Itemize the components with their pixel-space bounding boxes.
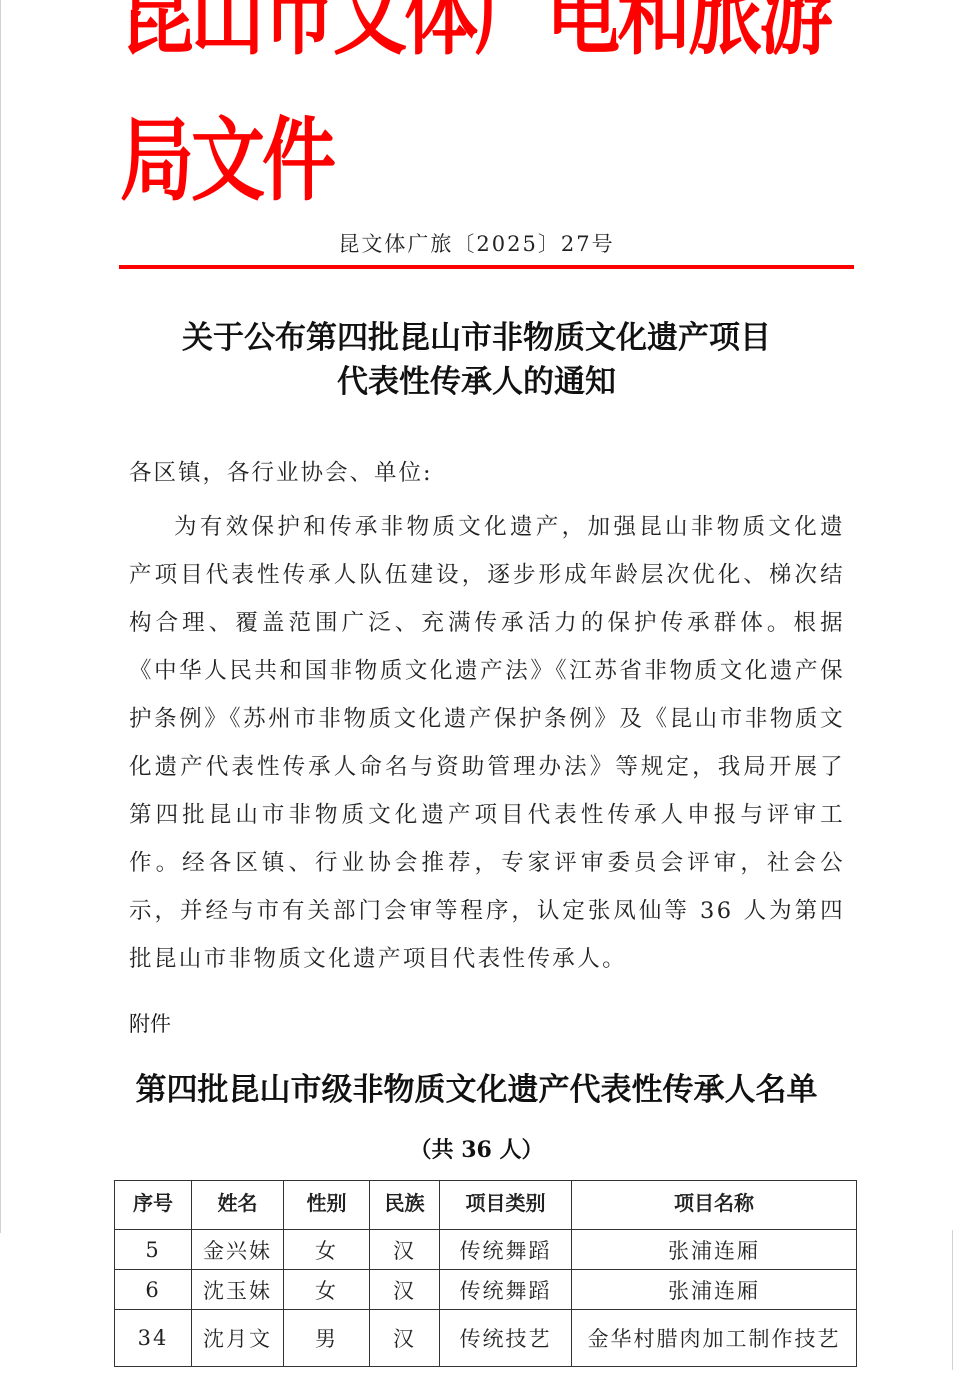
cell-gender: 男 bbox=[284, 1310, 370, 1367]
column-header-project: 项目名称 bbox=[572, 1181, 857, 1230]
cell-ethnicity: 汉 bbox=[370, 1230, 440, 1270]
cell-project: 张浦连厢 bbox=[572, 1230, 857, 1270]
body-paragraph: 为有效保护和传承非物质文化遗产，加强昆山非物质文化遗产项目代表性传承人队伍建设，… bbox=[129, 503, 845, 983]
attachment-title: 第四批昆山市级非物质文化遗产代表性传承人名单 bbox=[0, 1064, 953, 1109]
page-edge bbox=[0, 0, 1, 1233]
masthead-title: 昆山市文体广电和旅游局文件 bbox=[120, 15, 860, 161]
cell-name: 金兴妹 bbox=[192, 1230, 284, 1270]
cell-gender: 女 bbox=[284, 1230, 370, 1270]
inheritor-table: 序号 姓名 性别 民族 项目类别 项目名称 5 金兴妹 女 汉 传统舞蹈 张浦连… bbox=[114, 1180, 857, 1367]
cell-category: 传统技艺 bbox=[440, 1310, 572, 1367]
cell-index: 5 bbox=[115, 1230, 192, 1270]
cell-index: 34 bbox=[115, 1310, 192, 1367]
cell-ethnicity: 汉 bbox=[370, 1310, 440, 1367]
table-row: 5 金兴妹 女 汉 传统舞蹈 张浦连厢 bbox=[115, 1230, 857, 1270]
table-row: 6 沈玉妹 女 汉 传统舞蹈 张浦连厢 bbox=[115, 1270, 857, 1310]
table-header-row: 序号 姓名 性别 民族 项目类别 项目名称 bbox=[115, 1181, 857, 1230]
attachment-label: 附件 bbox=[129, 1008, 171, 1038]
cell-name: 沈月文 bbox=[192, 1310, 284, 1367]
salutation: 各区镇，各行业协会、单位: bbox=[129, 455, 433, 487]
cell-category: 传统舞蹈 bbox=[440, 1230, 572, 1270]
notice-title-line-2: 代表性传承人的通知 bbox=[0, 356, 953, 401]
table-row: 34 沈月文 男 汉 传统技艺 金华村腊肉加工制作技艺 bbox=[115, 1310, 857, 1367]
red-divider bbox=[119, 265, 854, 269]
cell-index: 6 bbox=[115, 1270, 192, 1310]
column-header-index: 序号 bbox=[115, 1181, 192, 1230]
column-header-name: 姓名 bbox=[192, 1181, 284, 1230]
cell-ethnicity: 汉 bbox=[370, 1270, 440, 1310]
column-header-gender: 性别 bbox=[284, 1181, 370, 1230]
attachment-count: （共 36 人） bbox=[0, 1133, 953, 1164]
notice-title-line-1: 关于公布第四批昆山市非物质文化遗产项目 bbox=[0, 312, 953, 357]
column-header-category: 项目类别 bbox=[440, 1181, 572, 1230]
cell-category: 传统舞蹈 bbox=[440, 1270, 572, 1310]
cell-project: 张浦连厢 bbox=[572, 1270, 857, 1310]
cell-gender: 女 bbox=[284, 1270, 370, 1310]
column-header-ethnicity: 民族 bbox=[370, 1181, 440, 1230]
cell-project: 金华村腊肉加工制作技艺 bbox=[572, 1310, 857, 1367]
document-number: 昆文体广旅〔2025〕27号 bbox=[0, 228, 953, 258]
cell-name: 沈玉妹 bbox=[192, 1270, 284, 1310]
